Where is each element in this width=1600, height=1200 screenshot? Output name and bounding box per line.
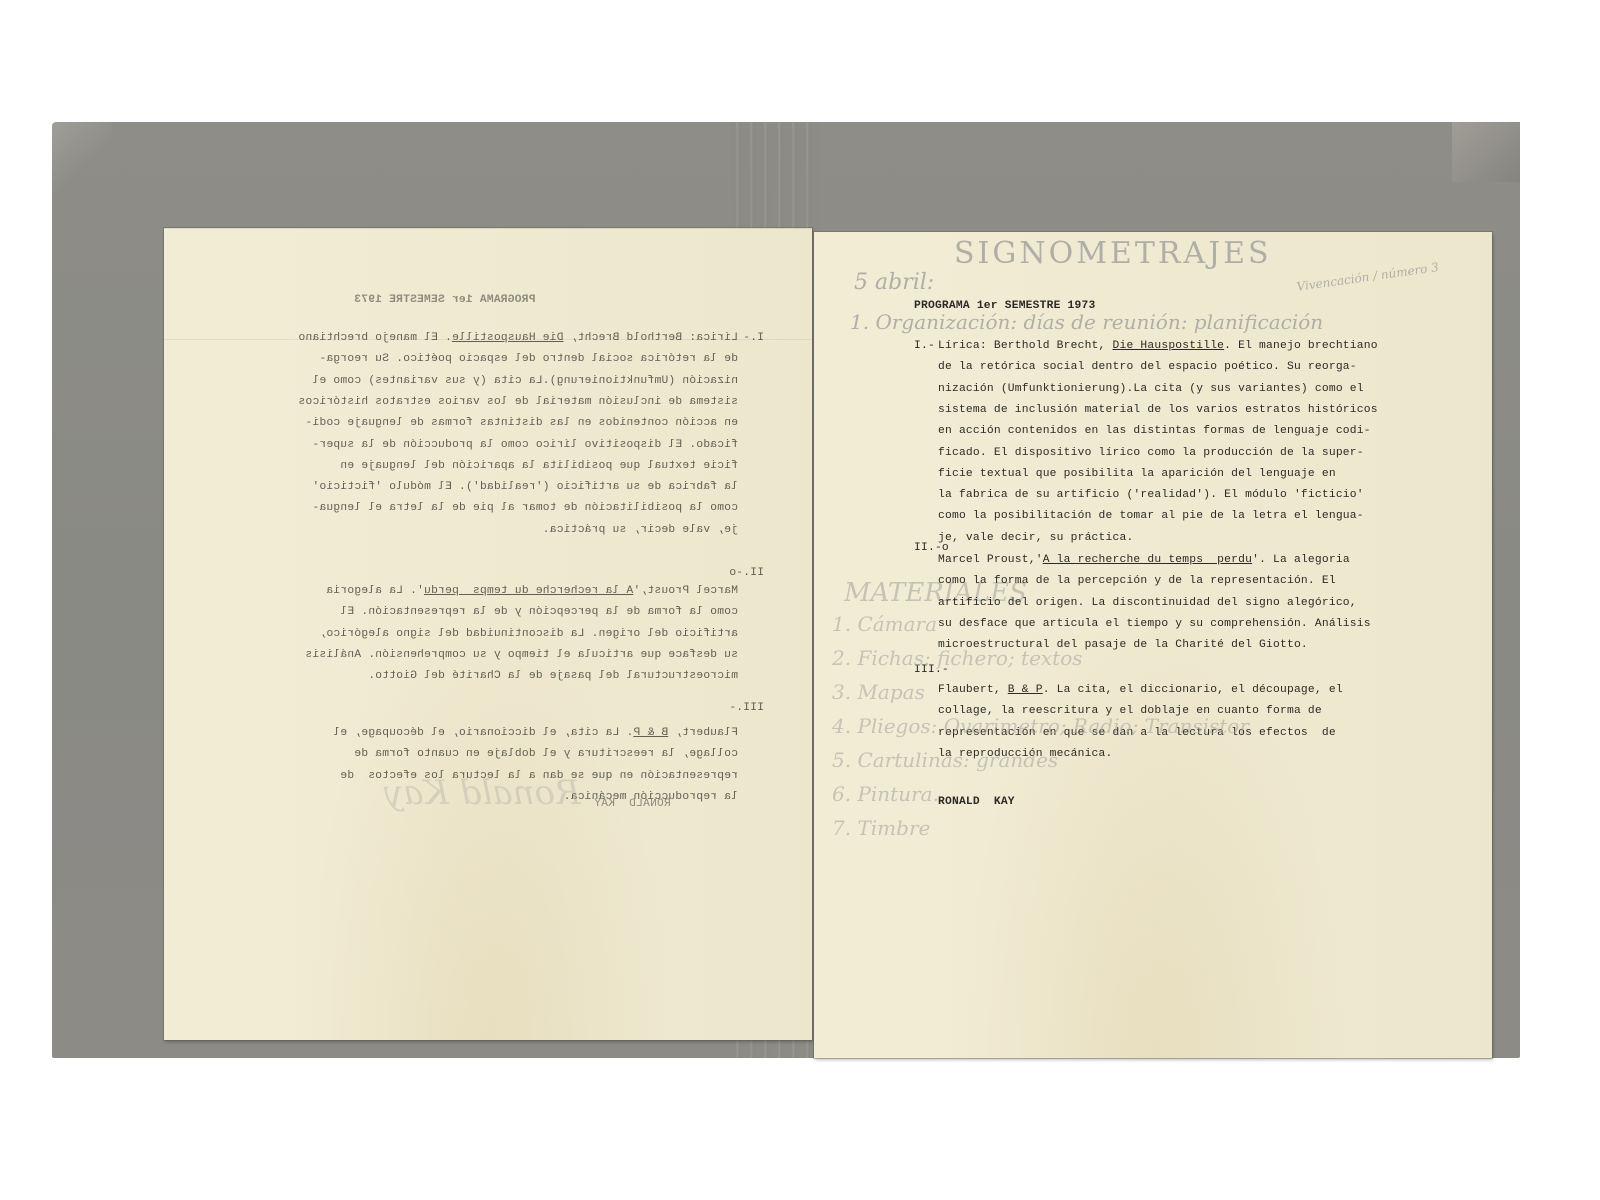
verso-handwritten-signature: Ronald Kay xyxy=(384,773,581,813)
typed-line: Lírica: Berthold Brecht, Die Hauspostill… xyxy=(938,336,1378,357)
typed-line: la fabrica de su artificio ('realidad').… xyxy=(938,485,1364,506)
document-title: PROGRAMA 1er SEMESTRE 1973 xyxy=(914,296,1095,317)
handwritten-material-item: 2. Fichas: fichero; textos xyxy=(832,646,1083,670)
underlined-title: A la recherche du temps perdu xyxy=(424,585,633,597)
verso-heading-3: III.- xyxy=(729,698,764,719)
typed-line: como la forma de la percepción y de la r… xyxy=(340,602,738,623)
signature: RONALD KAY xyxy=(938,792,1015,813)
typed-line: ficado. El dispositivo lírico como la pr… xyxy=(312,435,738,456)
typed-line: je, vale decir, su práctica. xyxy=(543,520,738,541)
handwritten-material-item: 5. Cartulinas: grandes xyxy=(832,748,1058,772)
handwritten-material-item: 3. Mapas xyxy=(832,680,925,704)
typed-line: artificio del origen. La discontinuidad … xyxy=(319,624,738,645)
typed-line: je, vale decir, su práctica. xyxy=(938,528,1133,549)
handwritten-margin-note: Vivencación / número 3 xyxy=(1296,260,1440,294)
handwritten-material-item: 4. Pliegos: Ovarimetro; Radio; Transisto… xyxy=(832,714,1249,738)
typed-line: collage, la reescritura y el doblaje en … xyxy=(354,744,738,765)
typed-line: Lírica: Berthold Brecht, Die Hauspostill… xyxy=(298,328,738,349)
underlined-title: A la recherche du temps perdu xyxy=(1043,554,1252,566)
left-page-verso: PROGRAMA 1er SEMESTRE 1973 I.- Lírica: B… xyxy=(164,228,812,1040)
handwritten-header: SIGNOMETRAJES xyxy=(954,236,1272,271)
typed-line: su desface que articula el tiempo y su c… xyxy=(938,614,1371,635)
typed-line: microestructural del pasaje de la Charit… xyxy=(368,666,738,687)
underlined-title: Die Hauspostille xyxy=(1112,340,1224,352)
typed-line: sistema de inclusión material de los var… xyxy=(298,392,738,413)
verso-title: PROGRAMA 1er SEMESTRE 1973 xyxy=(354,290,535,311)
underlined-title: B & P xyxy=(633,727,668,739)
typed-line: nización (Umfunktionierung).La cita (y s… xyxy=(938,379,1364,400)
typed-line: en acción contenidos en las distintas fo… xyxy=(938,421,1371,442)
handwritten-date: 5 abril: xyxy=(854,270,934,295)
typed-line: ficie textual que posibilita la aparició… xyxy=(340,456,738,477)
typed-line: sistema de inclusión material de los var… xyxy=(938,400,1378,421)
typed-line: en acción contenidos en las distintas fo… xyxy=(305,413,738,434)
typed-line: ficado. El dispositivo lírico como la pr… xyxy=(938,443,1364,464)
section-1-heading: I.- xyxy=(914,336,935,357)
typed-line: como la posibilitación de tomar al pie d… xyxy=(312,498,738,519)
typed-line: nización (Umfunktionierung).La cita (y s… xyxy=(312,371,738,392)
typed-line: como la posibilitación de tomar al pie d… xyxy=(938,506,1364,527)
handwritten-material-item: 7. Timbre xyxy=(832,816,930,840)
typed-line: Flaubert, B & P. La cita, el diccionario… xyxy=(333,723,738,744)
verso-signature: RONALD KAY xyxy=(594,794,671,815)
typed-line: la fabrica de su artificio ('realidad').… xyxy=(312,477,738,498)
typed-line: artificio del origen. La discontinuidad … xyxy=(938,593,1357,614)
ghost-table-header xyxy=(164,228,812,340)
typed-line: de la retórica social dentro del espacio… xyxy=(938,357,1357,378)
typed-line: Marcel Proust,'A la recherche du temps p… xyxy=(326,581,738,602)
typed-line: ficie textual que posibilita la aparició… xyxy=(938,464,1336,485)
typed-line: su desface que articula el tiempo y su c… xyxy=(305,645,738,666)
handwritten-material-item: 1. Cámara xyxy=(832,612,937,636)
verso-body: I.- Lírica: Berthold Brecht, Die Hauspos… xyxy=(214,328,764,778)
typed-line: Flaubert, B & P. La cita, el diccionario… xyxy=(938,680,1343,701)
underlined-title: Die Hauspostille xyxy=(452,332,564,344)
typed-line: como la forma de la percepción y de la r… xyxy=(938,571,1336,592)
right-page-recto: SIGNOMETRAJES 5 abril: Vivencación / núm… xyxy=(814,232,1492,1058)
typed-line: de la retórica social dentro del espacio… xyxy=(319,349,738,370)
underlined-title: B & P xyxy=(1008,684,1043,696)
folder-corner-flap xyxy=(1452,122,1520,182)
handwritten-material-item: 6. Pintura. xyxy=(832,782,939,806)
typed-line: Marcel Proust,'A la recherche du temps p… xyxy=(938,550,1350,571)
verso-heading-1: I.- xyxy=(743,328,764,349)
